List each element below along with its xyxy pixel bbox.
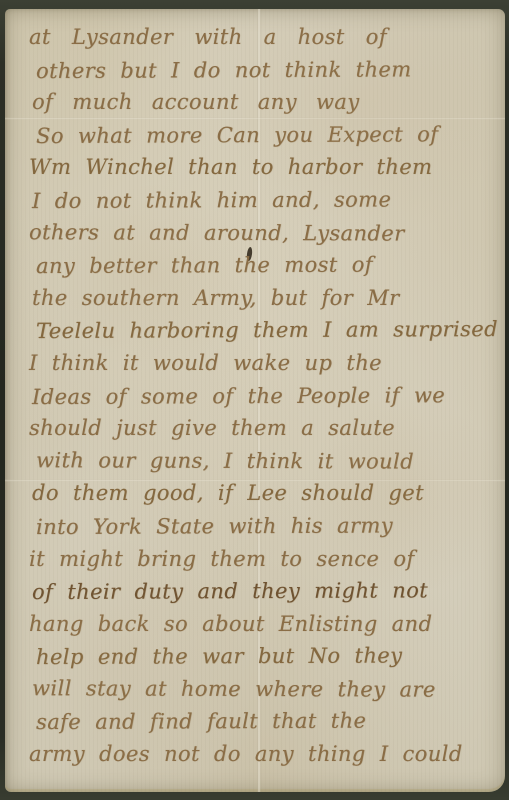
letter-line: the southern Army, but for Mr [32,282,499,315]
letter-line: of their duty and they might not [32,574,499,609]
letter-line: should just give them a salute [29,412,499,445]
letter-line: army does not do any thing I could [29,738,499,771]
letter-body: at Lysander with a host of others but I … [5,9,505,771]
letter-line: Teelelu harboring them I am surprised [36,313,499,348]
letter-line: others but I do not think them [36,53,499,88]
letter-line: help end the war but No they [36,639,499,674]
letter-line: will stay at home where they are [32,672,499,706]
letter-line: So what more Can you Expect of [36,118,499,153]
letter-line: any better than the most of [36,248,499,283]
letter-line: into York State with his army [36,509,499,544]
letter-line: Ideas of some of the People if we [32,379,499,414]
letter-line: safe and find fault that the [36,704,499,739]
letter-line: with our guns, I think it would [36,444,499,478]
letter-line: at Lysander with a host of [29,21,499,54]
letter-line: Wm Winchel than to harbor them [29,151,499,184]
letter-line: do them good, if Lee should get [32,477,499,510]
letter-page: at Lysander with a host of others but I … [5,9,505,792]
letter-line: others at and around, Lysander [29,216,499,250]
letter-line: I think it would wake up the [29,347,499,380]
scanned-letter-image: at Lysander with a host of others but I … [0,0,509,800]
letter-line: I do not think him and, some [32,183,499,218]
letter-line: hang back so about Enlisting and [29,608,499,641]
letter-line: of much account any way [32,86,499,119]
letter-line: it might bring them to sence of [29,543,499,576]
